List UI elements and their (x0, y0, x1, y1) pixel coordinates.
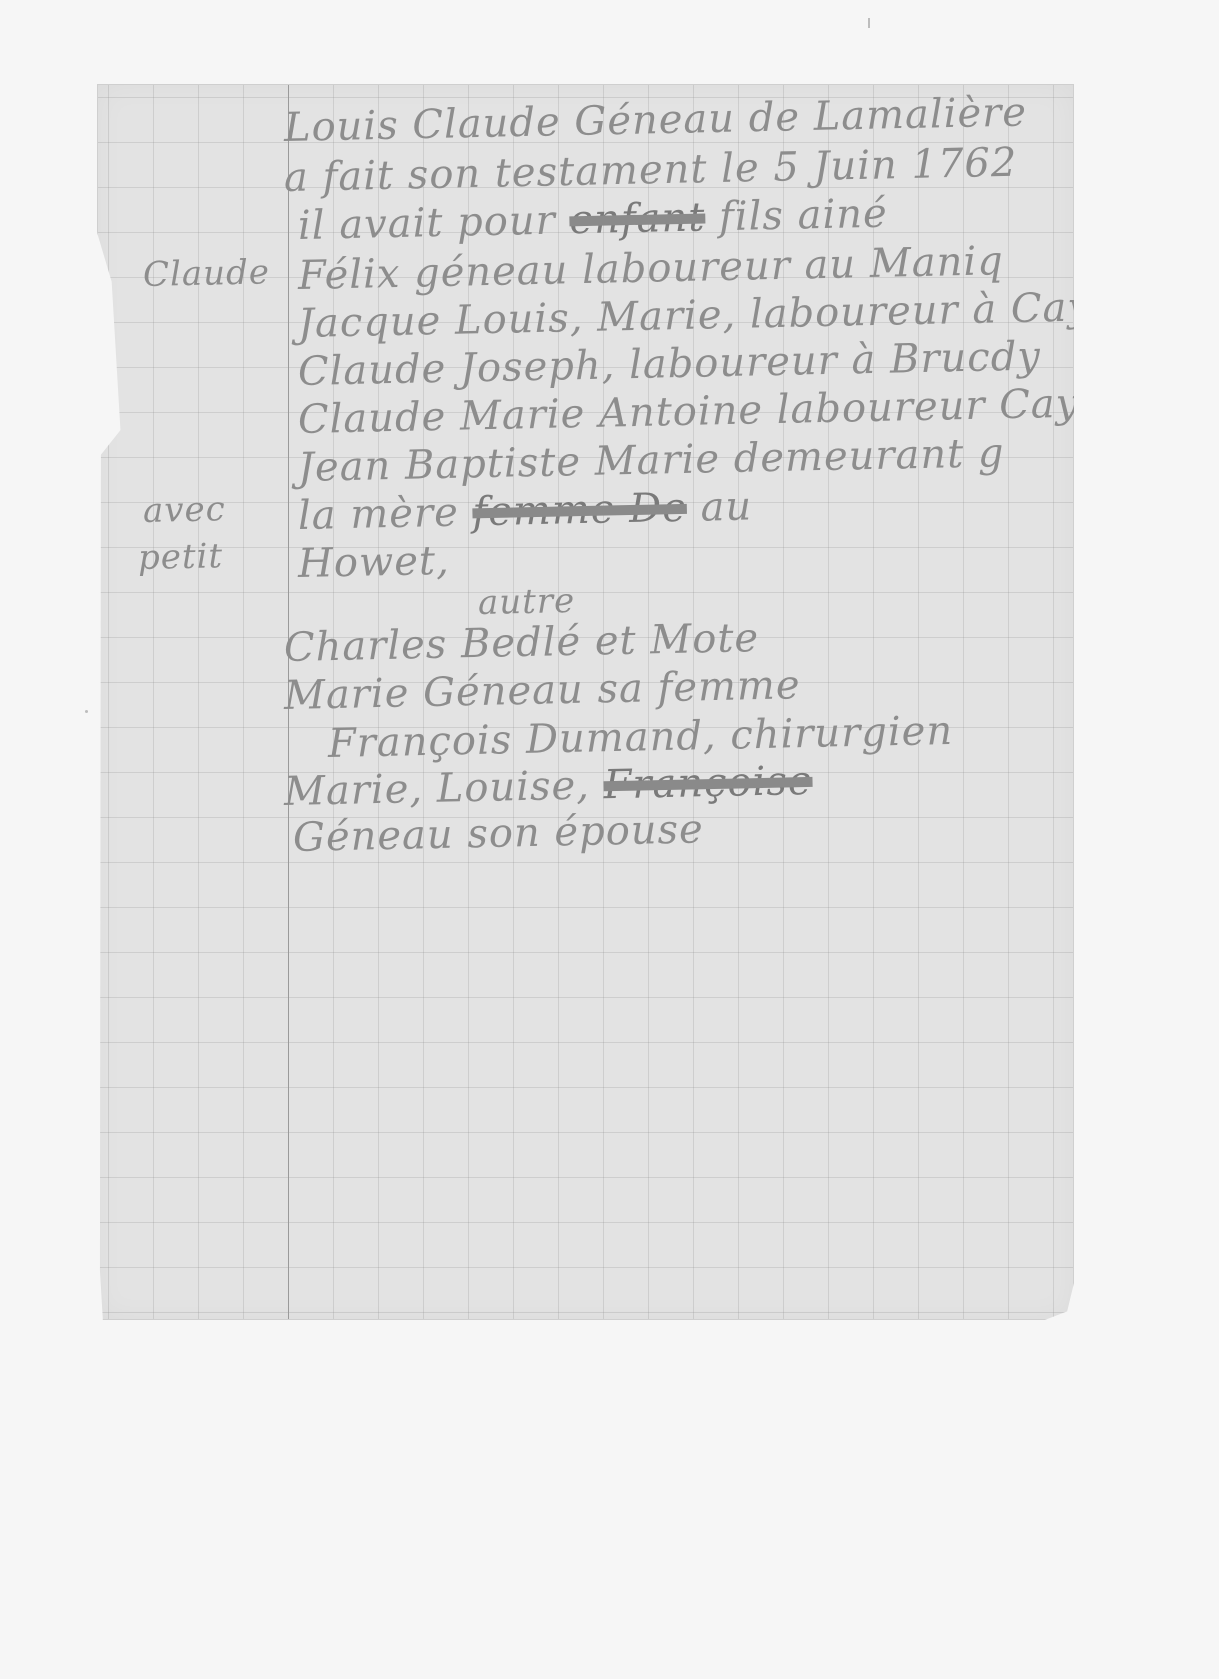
line-11: Charles Bedlé et Mote (284, 615, 760, 671)
document-page: Claude avec petit Louis Claude Géneau de… (97, 84, 1074, 1320)
line-3: il avait pour enfant fils ainé (298, 191, 889, 249)
line-13: François Dumand, chirurgien (328, 708, 954, 767)
paper-mark (868, 18, 870, 28)
margin-note-claude: Claude (143, 252, 271, 295)
line-12: Marie Géneau sa femme (284, 662, 801, 719)
line-3-prefix: il avait pour (298, 197, 570, 249)
line-9-suffix: au (686, 483, 752, 530)
line-14: Marie, Louise, Françoise (284, 758, 813, 815)
struck-word: enfant (569, 194, 706, 243)
paper-speck (85, 710, 88, 713)
struck-word: femme De (472, 485, 687, 535)
line-9: la mère femme De au (298, 483, 753, 539)
line-14-prefix: Marie, Louise, (284, 762, 605, 815)
margin-note-petit: petit (138, 536, 224, 578)
line-3-suffix: fils ainé (705, 191, 888, 241)
interlinear-note: autre (478, 581, 576, 623)
line-2: a fait son testament le 5 Juin 1762 (284, 140, 1018, 201)
margin-note-avec: avec (143, 489, 226, 531)
line-10: Howet, (298, 538, 451, 587)
line-9-prefix: la mère (298, 489, 473, 539)
line-15: Géneau son épouse (293, 806, 705, 861)
struck-word: Françoise (603, 758, 813, 808)
